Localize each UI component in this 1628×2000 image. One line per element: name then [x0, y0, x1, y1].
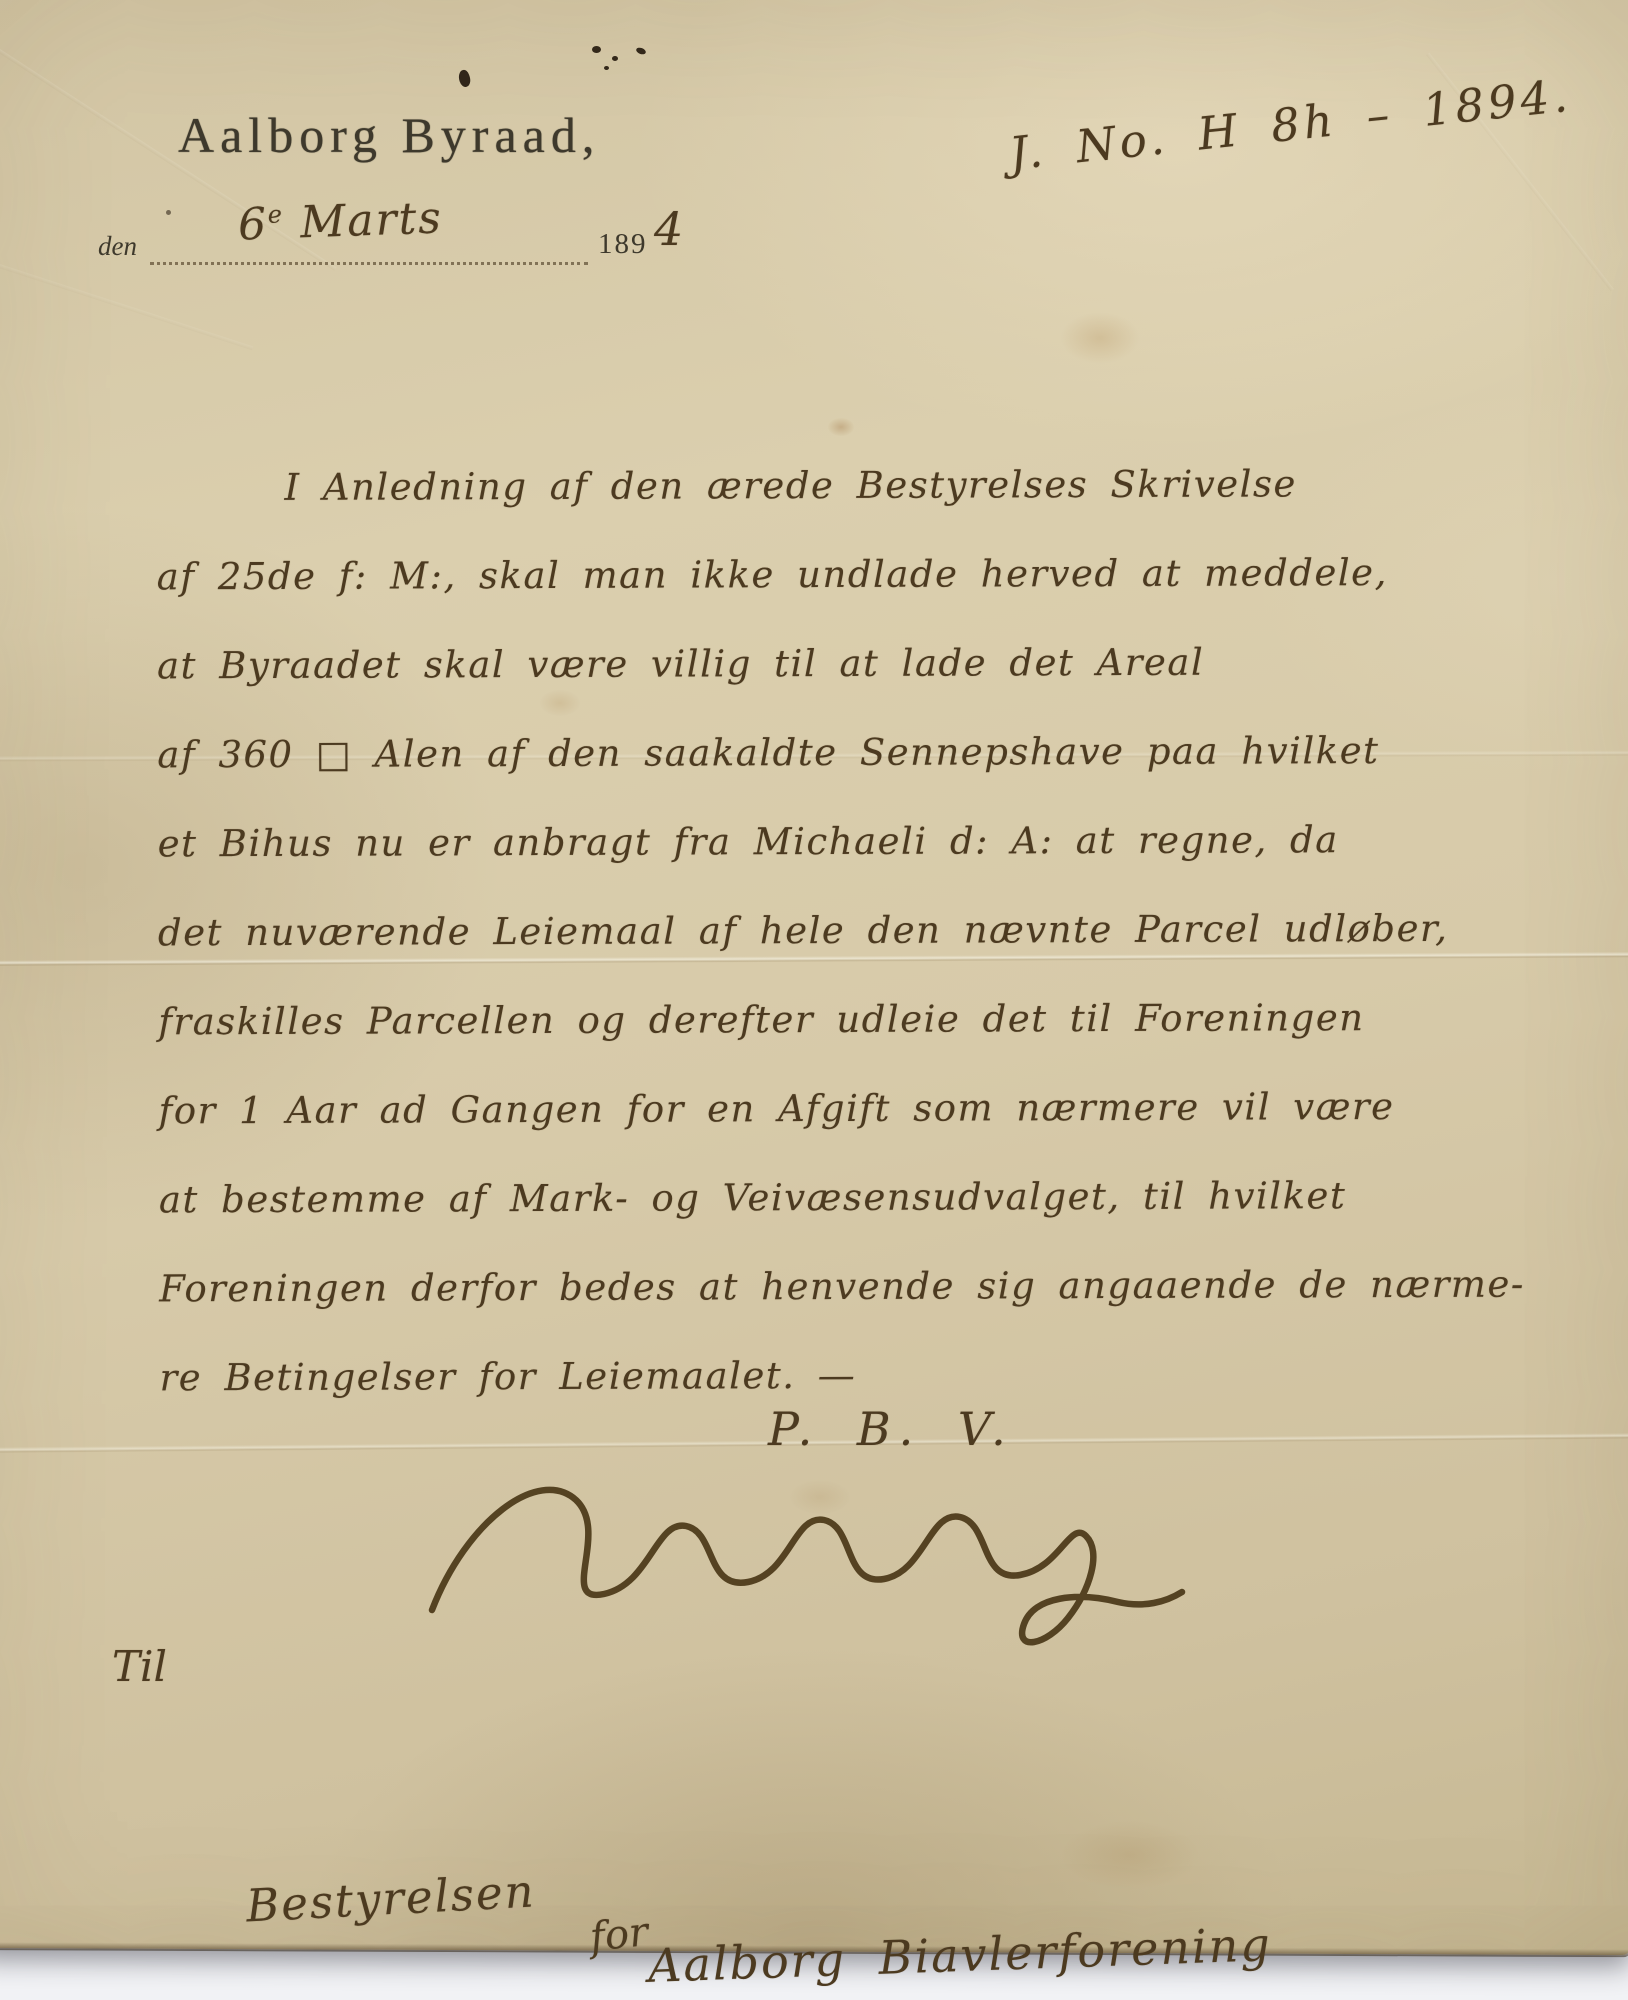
- date-prefix-label: den: [98, 231, 137, 262]
- body-line: af 25de f: M:, skal man ikke undlade her…: [157, 528, 1502, 622]
- body-line: af 360 □ Alen af den saakaldte Sennepsha…: [157, 706, 1502, 800]
- year-printed: 189: [598, 228, 648, 261]
- ink-speckle: [592, 46, 601, 53]
- date-month: Marts: [299, 192, 443, 248]
- year-handwritten-digit: 4: [654, 202, 683, 256]
- body-line: at bestemme af Mark- og Veivæsensudvalge…: [159, 1151, 1504, 1245]
- body-line: et Bihus nu er anbragt fra Michaeli d: A…: [158, 795, 1503, 889]
- ink-speckle: [612, 56, 618, 61]
- paper-stain: [828, 418, 854, 436]
- paper-stain: [1060, 1820, 1200, 1890]
- recipient-name: for: [588, 1909, 651, 1961]
- body-line: for 1 Aar ad Gangen for en Afgift som næ…: [158, 1062, 1503, 1156]
- paper-stain: [1060, 312, 1140, 364]
- letterhead-org-name: Aalborg Byraad,: [178, 106, 600, 164]
- date-handwritten: 6e Marts: [237, 192, 443, 250]
- body-line: Foreningen derfor bedes at henvende sig …: [159, 1240, 1504, 1334]
- date-day-suffix: e: [267, 200, 284, 229]
- signature-flourish: [418, 1452, 1198, 1662]
- letter-body: I Anledning af den ærede Bestyrelses Skr…: [156, 439, 1504, 1423]
- body-line: det nuværende Leiemaal af hele den nævnt…: [158, 884, 1503, 978]
- ink-speckle: [604, 66, 609, 70]
- ink-speckle: [166, 210, 171, 215]
- on-behalf-abbreviation: P. B. V.: [768, 1402, 1014, 1456]
- body-line: fraskilles Parcellen og derefter udleie …: [158, 973, 1503, 1067]
- date-day: 6: [237, 199, 269, 251]
- body-line: I Anledning af den ærede Bestyrelses Skr…: [156, 439, 1501, 533]
- recipient-to-label: Til: [112, 1642, 167, 1691]
- body-line: at Byraadet skal være villig til at lade…: [157, 617, 1502, 711]
- photo-of-letter: Aalborg Byraad, J. No. H 8h – 1894. den …: [0, 0, 1628, 2000]
